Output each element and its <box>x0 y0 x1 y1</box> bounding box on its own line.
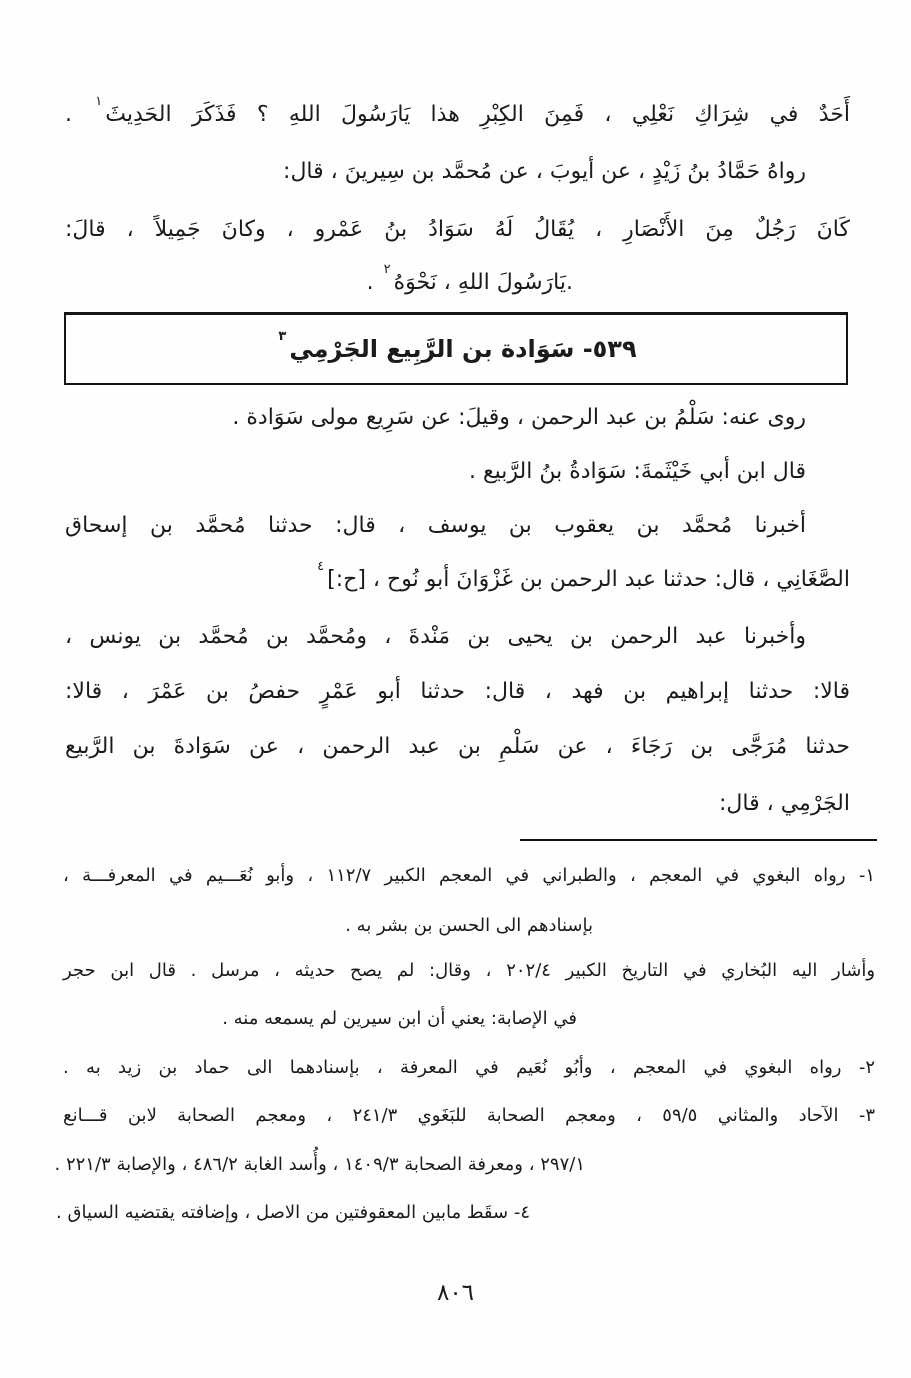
hadith-line-2: رواهُ حَمَّادُ بنُ زَيْدٍ ، عن أيوبَ ، ع… <box>65 152 850 192</box>
hadith-line-1-tail: . <box>65 102 92 127</box>
footnote-1-line-2: بإسنادهم الى الحسن بن بشر به . <box>345 910 593 942</box>
hadith-line-3: كَانَ رَجُلٌ مِنَ الأَنْصَارِ ، يُقَالُ … <box>65 210 850 250</box>
footnote-1-line-4: في الإصابة: يعني أن ابن سيرين لم يسمعه م… <box>222 1003 577 1035</box>
footnote-2-line-1: ٢- رواه البغوي في المعجم ، وأبُو نُعَيم … <box>63 1052 875 1084</box>
hadith-line-1-text: أَحَدٌ في شِرَاكِ نَعْلِي ، فَمِنَ الكِب… <box>105 102 850 127</box>
bio-line-2: قال ابن أبي خَيْثَمةَ: سَوَادةُ بنُ الرَ… <box>65 452 850 492</box>
bio-line-4-text: الصَّغَانِي ، قال: حدثنا عبد الرحمن بن غ… <box>327 567 850 592</box>
bio-line-1: روى عنه: سَلْمُ بن عبد الرحمن ، وقيلَ: ع… <box>65 398 850 438</box>
page-number: ٨٠٦ <box>0 1280 911 1306</box>
book-page: أَحَدٌ في شِرَاكِ نَعْلِي ، فَمِنَ الكِب… <box>0 0 911 1378</box>
hadith-line-4-text: .يَارَسُولَ اللهِ ، نَحْوَهُ <box>394 270 573 295</box>
bio-line-8: الجَرْمِي ، قال: <box>65 784 850 824</box>
footnote-1-line-3: وأشار اليه البُخاري في التاريخ الكبير ٢٠… <box>63 955 875 987</box>
hadith-line-4: .يَارَسُولَ اللهِ ، نَحْوَهُ٢ . <box>367 263 573 303</box>
bio-line-4: الصَّغَانِي ، قال: حدثنا عبد الرحمن بن غ… <box>65 560 850 600</box>
footnote-1-line-1: ١- رواه البغوي في المعجم ، والطبراني في … <box>63 860 875 892</box>
bio-line-3: أخبرنا مُحمَّد بن يعقوب بن يوسف ، قال: ح… <box>65 506 850 546</box>
entry-heading-box: ٥٣٩- سَوَادة بن الرَّبِيع الجَرْمِي٣ <box>64 312 848 385</box>
bio-line-6: قالا: حدثنا إبراهيم بن فهد ، قال: حدثنا … <box>65 672 850 712</box>
footnote-ref-2: ٢ <box>384 262 391 277</box>
footnote-4-line-1: ٤- سقَط مابين المعقوفتين من الاصل ، وإضا… <box>56 1197 530 1229</box>
footnote-3-line-2: ٢٩٧/١ ، ومعرفة الصحابة ١٤٠٩/٣ ، وأُسد ال… <box>55 1149 585 1181</box>
entry-heading-text: ٥٣٩- سَوَادة بن الرَّبِيع الجَرْمِي <box>289 335 636 363</box>
footnote-separator <box>520 839 877 841</box>
footnote-ref-3: ٣ <box>278 329 286 344</box>
footnote-ref-4: ٤ <box>317 559 324 574</box>
bio-line-7: حدثنا مُرَجَّى بن رَجَاءَ ، عن سَلْمِ بن… <box>65 727 850 767</box>
hadith-line-1: أَحَدٌ في شِرَاكِ نَعْلِي ، فَمِنَ الكِب… <box>65 95 850 135</box>
entry-heading: ٥٣٩- سَوَادة بن الرَّبِيع الجَرْمِي٣ <box>275 335 636 363</box>
footnote-3-line-1: ٣- الآحاد والمثاني ٥٩/٥ ، ومعجم الصحابة … <box>63 1100 875 1132</box>
bio-line-5: وأخبرنا عبد الرحمن بن يحيى بن مَنْدةَ ، … <box>65 617 850 657</box>
footnote-ref-1: ١ <box>95 94 102 109</box>
hadith-line-4-tail: . <box>367 270 381 295</box>
